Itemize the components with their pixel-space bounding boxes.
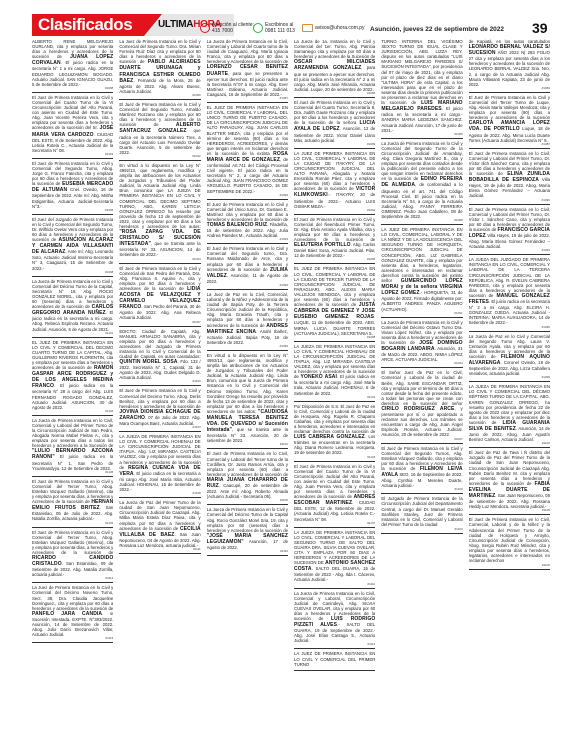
notice-code: #1091 — [32, 153, 113, 156]
notice-code: #1106 — [469, 564, 550, 567]
notice-text: La Jueza de Primera Instancia en lo Civi… — [32, 418, 113, 448]
legal-notice: TURNO INTERINA DEL VIGÉSIMO SEXTO TURNO … — [381, 38, 462, 139]
legal-notice: El Señor Juez de Paz en lo Civil, Comerc… — [381, 369, 462, 443]
legal-notice: La Jueza de Primera Instancia en lo Civi… — [32, 278, 113, 338]
contact-whatsapp: Escribinos al0981 111 013 — [253, 20, 295, 36]
notice-text: LA JUEZ DE PRIMERA INSTANCIA EN LO CIVIL… — [294, 651, 375, 666]
notice-code: #1086 — [294, 92, 375, 95]
legal-notice: El Juzgado de Primera Instancia de la Ci… — [381, 495, 462, 534]
legal-notice: EDICTO: Ciudad de Capiatá, Abg. MANUEL A… — [119, 328, 200, 387]
notice-code: #1089 — [294, 143, 375, 146]
notice-text: La Jueza de Primera Instancia en lo Civi… — [207, 507, 288, 532]
notice-code: #1093 — [207, 238, 288, 241]
legal-notice: LA JUEZ DE PRIMERA INSTANCIA EN LO CIVIL… — [294, 150, 375, 215]
whatsapp-icon — [253, 23, 263, 33]
legal-notice: El Juez de Primera Instancia en lo Civil… — [294, 99, 375, 149]
notice-code: #1088 — [381, 219, 462, 222]
notice-text: El Juez de Primera Instancia en lo Civil… — [469, 95, 550, 120]
notice-text: TURNO INTERINA DEL VIGÉSIMO SEXTO TURNO … — [381, 39, 462, 105]
legal-notice: El Juez de Primera Instancia en lo Civil… — [119, 265, 200, 327]
notice-code: #1091 — [381, 312, 462, 315]
page-header: Clasificados ULTIMAHORA Atención al clie… — [0, 0, 580, 36]
notice-code: #1105 — [207, 499, 288, 502]
notice-text: LA JUEZA DEL JUZGADO DE PRIMERA INSTANCI… — [469, 257, 550, 298]
notice-text-end: , de conformidad Art.741 del Código Proc… — [207, 157, 288, 194]
notice-code: #1105 — [469, 509, 550, 512]
legal-notice: ALBERTO RENE MELGAREJO GURLAND, cita y e… — [32, 38, 113, 93]
legal-notice: La Jueza de 1a. Instancia en lo Civil y … — [294, 38, 375, 98]
notice-text: LA JUEZA DE PRIMERA INSTANCIA EN LO CIVI… — [469, 384, 550, 425]
legal-notice: El Juez de Primera Instancia en lo Civil… — [294, 463, 375, 528]
notice-decedent-name: TOMAS BALENCIO RUIZ — [207, 222, 268, 228]
notice-code: #1113 — [294, 643, 375, 646]
legal-notice: LA JUEZ DE PRIMERA INSTANCIA EN LO CIVIL… — [381, 226, 462, 318]
notice-code: #1094 — [381, 362, 462, 365]
notice-code: #1096 — [469, 326, 550, 329]
legal-notice: El Juez de Primera Instancia en lo Civil… — [469, 94, 550, 149]
notice-text: La Jueza de Primera Instancia en lo Civi… — [381, 141, 462, 182]
notice-text: El Juez de Primera Instancia en lo Civil… — [207, 451, 288, 476]
legal-notice: El Juez de Primera Instancia en lo Civil… — [294, 216, 375, 265]
notice-code: #1103 — [119, 426, 200, 429]
notice-code: #1112 — [32, 577, 113, 580]
legal-notice: El Juez de Primera Instancia en lo Civil… — [32, 160, 113, 215]
notice-code: #1090 — [207, 194, 288, 197]
notice-text: El Juez de Primera Instancia en lo Civil… — [294, 217, 375, 242]
notice-text: La Jueza de 1a. Instancia en lo Civil y … — [294, 39, 375, 59]
notice-code: #1088 — [32, 87, 113, 90]
notice-code: #1100 — [119, 380, 200, 383]
column-2: La Juez de Primera Instancia en lo Civil… — [119, 38, 200, 754]
notice-code: #1103 — [381, 528, 462, 531]
legal-notice: LA JUEZA DE PRIMERA INSTANCIA EN LO CIVI… — [294, 343, 375, 402]
legal-notice: El Juez de Primera Instancia en lo Civil… — [32, 94, 113, 159]
legal-notice: LA JUEZA DE PRIMERA INSTANCIA EN LO CIVI… — [469, 383, 550, 448]
dateline: Asunción, jueves 22 de septiembre de 202… — [370, 26, 504, 33]
notice-code: #1092 — [294, 209, 375, 212]
legal-notice: El Juez de Primera Instancia en lo Civil… — [32, 478, 113, 528]
column-6: de Kapiatá, en los autos caratulados LEO… — [469, 38, 550, 754]
notice-decedent-name: YONEKO ASAI — [301, 374, 337, 380]
notice-code: #1102 — [207, 443, 288, 446]
notice-text: EL JUEZ DE PRIMERA INSTANCIA EN LO CIVIL… — [294, 266, 375, 307]
notice-text: El Juez de Primera Instancia en lo Civil… — [469, 517, 550, 563]
legal-notice: El Juez de Primera Instancia en lo Civil… — [207, 450, 288, 505]
notice-code: #1100 — [381, 488, 462, 491]
notice-code: #1087 — [469, 143, 550, 146]
column-3: La Jueza de Primera Instancia en lo Civi… — [207, 38, 288, 754]
notice-text-end: , de conformidad a lo dispuesto en el ar… — [381, 182, 462, 219]
page-number: 39 — [532, 20, 548, 36]
notice-decedent-name: ELEUTERIA PORTILLO — [294, 242, 351, 248]
notice-text: En virtud a lo dispuesto en la Ley N° 49… — [119, 163, 200, 229]
legal-notice: La Jueza de Primera Instancia en lo Civi… — [294, 590, 375, 650]
notice-text: La Juez de Primera Instancia en lo Civil… — [32, 585, 113, 610]
notice-text: El Juez de Primera Instancia en lo Civil… — [119, 388, 200, 408]
legal-notice: LA JUEZA DE PRIMERA INSTANCIA EN LO CIVI… — [119, 433, 200, 498]
legal-notice: El Juez de Primera Instancia en lo Civil… — [207, 245, 288, 290]
legal-notice: En virtud a lo dispuesto en la Ley N° 49… — [119, 162, 200, 264]
column-5: TURNO INTERINA DEL VIGÉSIMO SEXTO TURNO … — [381, 38, 462, 754]
notice-decedent-name: QUINTIN MOREL SOSA — [119, 359, 177, 365]
notice-text: En virtud a lo dispuesto en la Ley N° 49… — [207, 353, 288, 414]
notice-text-end: . Caacupé, 20 de setiembre de 2022. Ante… — [207, 483, 288, 499]
legal-notice: En virtud a lo dispuesto en la Ley N° 49… — [207, 352, 288, 450]
notice-text: El Juez de Primera Instancia en lo Civil… — [32, 530, 113, 555]
notice-code: #1104 — [32, 410, 113, 413]
notice-code: #1092 — [119, 155, 200, 158]
notice-code: #1090 — [469, 199, 550, 202]
legal-notice: El Juez de Primera Instancia en lo Civil… — [469, 150, 550, 205]
column-1: ALBERTO RENE MELGAREJO GURLAND, cita y e… — [32, 38, 113, 754]
notice-code: #1111 — [119, 548, 200, 551]
notice-code: #1107 — [294, 522, 375, 525]
legal-notice: EL JUEZ DE PRIMERA INSTANCIA EN LO CIVIL… — [32, 339, 113, 416]
notice-code: #1098 — [32, 271, 113, 274]
notice-code: #1102 — [469, 442, 550, 445]
classifieds-columns: ALBERTO RENE MELGAREJO GURLAND, cita y e… — [32, 38, 550, 754]
legal-notice: LA JUEZ DE PRIMERA INSTANCIA EN LO CIVIL… — [294, 650, 375, 670]
legal-notice: La Jueza de Primera Instancia en lo Civi… — [207, 38, 288, 103]
notice-code: #1093 — [469, 249, 550, 252]
notice-decedent-name: PANFILO JARA CANDIA — [32, 611, 102, 617]
notice-code: #1094 — [119, 258, 200, 261]
notice-decedent-name: CIRILO RODRIGUEZ ARCE — [381, 406, 454, 412]
legal-notice: El Juez de Primera Instancia en lo Civil… — [381, 445, 462, 495]
legal-notice: El Juez de Primera Instancia en lo Civil… — [469, 516, 550, 570]
notice-code: #1104 — [294, 456, 375, 459]
notice-text: EDICTO: Ciudad de Capiatá, Abg. MANUEL A… — [119, 329, 200, 359]
legal-notice: LA JUEZA DEL JUZGADO DE PRIMERA INSTANCI… — [469, 256, 550, 331]
legal-notice: La Juez de Primera Instancia en lo Civil… — [32, 584, 113, 643]
legal-notice: El Juez de Primera Instancia en lo Civil… — [207, 201, 288, 245]
legal-notice: El Juez de Primera Instancia en lo Civil… — [119, 101, 200, 161]
notice-code: #1098 — [294, 336, 375, 339]
notice-code: #1089 — [119, 94, 200, 97]
notice-text: El Señor Juez de Paz en lo Civil, Comerc… — [381, 370, 462, 406]
legal-notice: EL JUEZ DE PRIMERA INSTANCIA EN LO CIVIL… — [294, 265, 375, 341]
legal-notice: LA JUEZA DE PRIMERA INSTANCIA EN LO CIVI… — [294, 529, 375, 589]
legal-notice: La Jueza de Paz del Primer Turno de la c… — [119, 499, 200, 554]
section-title: Clasificados — [38, 14, 132, 36]
legal-notice: El Juez de Primera Instancia en lo Civil… — [119, 387, 200, 432]
notice-code: #1099 — [207, 345, 288, 348]
notice-code: #1109 — [32, 522, 113, 525]
phone-icon — [200, 23, 210, 33]
notice-text: LA JUEZ DE PRIMERA INSTANCIA EN LO CIVIL… — [381, 227, 462, 283]
legal-notice: La Juez de Primera Instancia en lo Civil… — [119, 38, 200, 100]
notice-code: #1097 — [381, 438, 462, 441]
notice-text: El Juez de Primera Instancia en lo Civil… — [207, 202, 288, 222]
column-4: La Jueza de 1a. Instancia en lo Civil y … — [294, 38, 375, 754]
notice-code: #1101 — [32, 332, 113, 335]
notice-text: LA JUEZ DE PRIMERA INSTANCIA EN LO CIVIL… — [294, 151, 375, 192]
legal-notice: La Jueza de Primera Instancia en lo Civi… — [207, 506, 288, 556]
legal-notice: La Jueza de Primera Instancia en lo Civi… — [381, 140, 462, 225]
notice-text-end: AÑO 2022 N| 283 FOLIO 27 cita y emplaza … — [469, 50, 550, 87]
notice-code: #1110 — [294, 583, 375, 586]
notice-decedent-name: LUIS CABRERA GONZALEZ — [294, 434, 365, 440]
notice-text: La Jueza de Primera Instancia en lo Civi… — [207, 39, 288, 64]
notice-code: #1115 — [32, 637, 113, 640]
notice-text: EL JUEZ DE PRIMERA INSTANCIA EN LO CIVIL… — [207, 105, 288, 156]
contact-phone: Atención al cliente:415 7000 — [200, 20, 254, 36]
legal-notice: EL JUEZ DE PRIMERA INSTANCIA EN LO CIVIL… — [207, 104, 288, 200]
legal-notice: Por Disposición de S.S. El Juez de Paz e… — [294, 403, 375, 462]
legal-notice: El Juez de Primera Instancia en lo Civil… — [32, 529, 113, 584]
notice-code: #1108 — [119, 492, 200, 495]
notice-code: #1095 — [32, 209, 113, 212]
notice-code: #1095 — [294, 258, 375, 261]
notice-code: #1085 — [381, 133, 462, 136]
envelope-icon — [302, 24, 313, 32]
notice-code: #1084 — [469, 87, 550, 90]
notice-code: #1110 — [207, 550, 288, 553]
notice-code: #1087 — [207, 97, 288, 100]
legal-notice: El Juez del Juzgado de Primera Instancia… — [32, 216, 113, 277]
notice-text: El Juzgado de Primera Instancia de la Ci… — [381, 496, 462, 526]
legal-notice: La Jueza de Primera Instancia en lo Civi… — [32, 417, 113, 477]
legal-notice: El Juez de Primera Instancia en lo Civil… — [469, 206, 550, 256]
legal-notice: de Kapiatá, en los autos caratulados LEO… — [469, 38, 550, 93]
notice-code: #1097 — [119, 321, 200, 324]
legal-notice: La Juez de Paz en lo Civil, Comercial, L… — [207, 291, 288, 351]
legal-notice: La Jueza de Primera Instancia en lo Civi… — [381, 319, 462, 369]
notice-code: #1096 — [207, 284, 288, 287]
notice-text: Por Disposición de S.S. El Juez de Paz e… — [294, 404, 375, 434]
contact-email: avisos@uhora.com.py — [302, 20, 365, 36]
legal-notice: El Juez de Paz de Tava i Ñ distrito del … — [469, 449, 550, 515]
legal-notice: La Jueza de Paz en lo Civil y Comercial … — [469, 333, 550, 383]
notice-code: #1101 — [294, 396, 375, 399]
notice-code: #1099 — [469, 376, 550, 379]
notice-code: #1106 — [32, 471, 113, 474]
